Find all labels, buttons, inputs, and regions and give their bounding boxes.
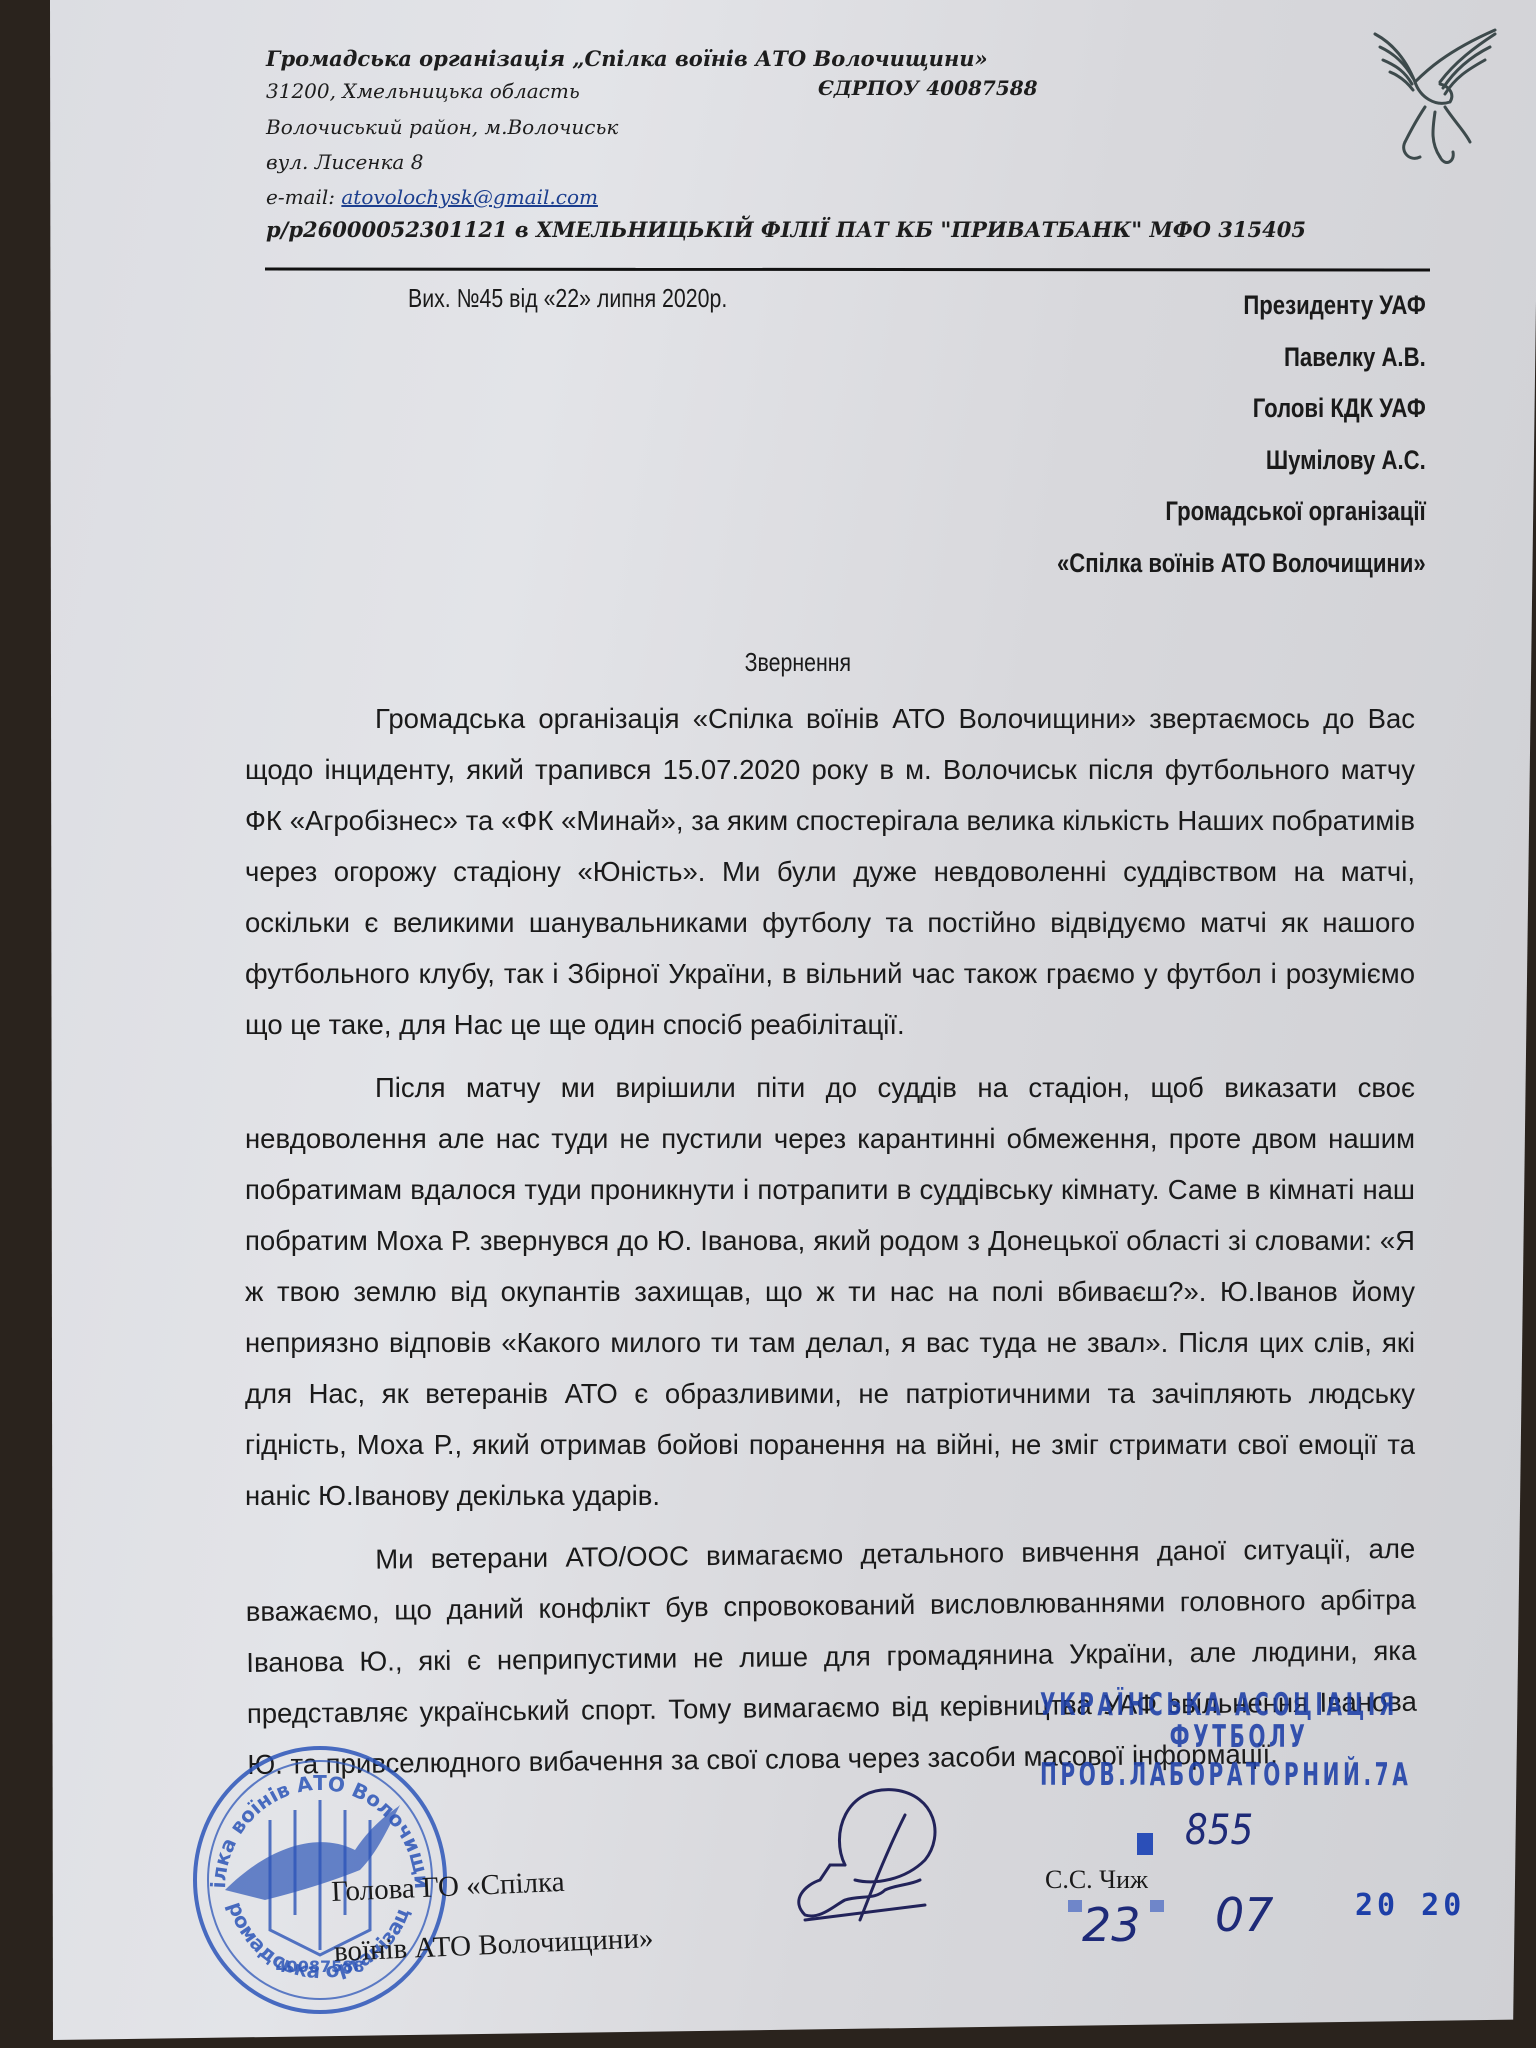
receipt-date-day: 23 (1082, 1898, 1141, 1952)
signatory-title: Голова ГО «Спілка воїнів АТО Волочищини» (330, 1848, 655, 1982)
document-title-wrapper: Звернення (0, 647, 1536, 678)
letterhead-email-line: e-mail: atovolochysk@gmail.com (266, 185, 598, 209)
receipt-date-year: 20 20 (1355, 1888, 1465, 1923)
addressee-line: «Спілка воїнів АТО Волочищини» (1057, 538, 1426, 590)
registration-number-value: 855 (1185, 1805, 1253, 1854)
addressee-line: Голові КДК УАФ (1057, 383, 1426, 435)
email-link[interactable]: atovolochysk@gmail.com (341, 185, 598, 209)
letterhead-address-district: Волочиський район, м.Волочиськ (266, 115, 618, 139)
letter-body: Громадська організація «Спілка воїнів АТ… (245, 693, 1415, 1790)
handwritten-signature (775, 1775, 975, 1925)
receipt-stamp-line3: ПРОВ.ЛАБОРАТОРНИЙ.7А (1040, 1757, 1411, 1795)
stamp-tick-mark (1150, 1900, 1164, 1912)
signatory-name: С.С. Чиж (1045, 1865, 1148, 1895)
receipt-date-month: 07 (1215, 1888, 1274, 1942)
body-paragraph: Громадська організація «Спілка воїнів АТ… (245, 693, 1415, 1050)
outgoing-reference: Вих. №45 від «22» липня 2020р. (408, 283, 727, 314)
addressee-block: Президенту УАФ Павелку А.В. Голові КДК У… (1057, 280, 1426, 589)
number-sign-icon (1137, 1833, 1153, 1855)
document-title: Звернення (745, 647, 851, 678)
body-paragraph: Після матчу ми вирішили піти до суддів н… (245, 1062, 1415, 1521)
letterhead-address-street: вул. Лисенка 8 (266, 150, 423, 174)
receipt-stamp-line2: ФУТБОЛУ (1170, 1719, 1309, 1757)
addressee-line: Павелку А.В. (1057, 332, 1426, 384)
addressee-line: Громадської організації (1057, 486, 1426, 538)
addressee-line: Шумілову А.С. (1057, 435, 1426, 487)
eagle-icon (1345, 12, 1520, 182)
stamp-tick-mark (1068, 1900, 1082, 1912)
letterhead-org-name: Громадська організація „Спілка воїнів АТ… (266, 46, 988, 71)
addressee-line: Президенту УАФ (1057, 280, 1426, 332)
letterhead-bank-details: р/р26000052301121 в ХМЕЛЬНИЦЬКІЙ ФІЛІЇ П… (266, 217, 1306, 242)
email-label: e-mail: (266, 185, 341, 209)
letterhead-address-postcode: 31200, Хмельницька область (266, 79, 580, 103)
letterhead-edrpou: ЄДРПОУ 40087588 (818, 76, 1038, 100)
